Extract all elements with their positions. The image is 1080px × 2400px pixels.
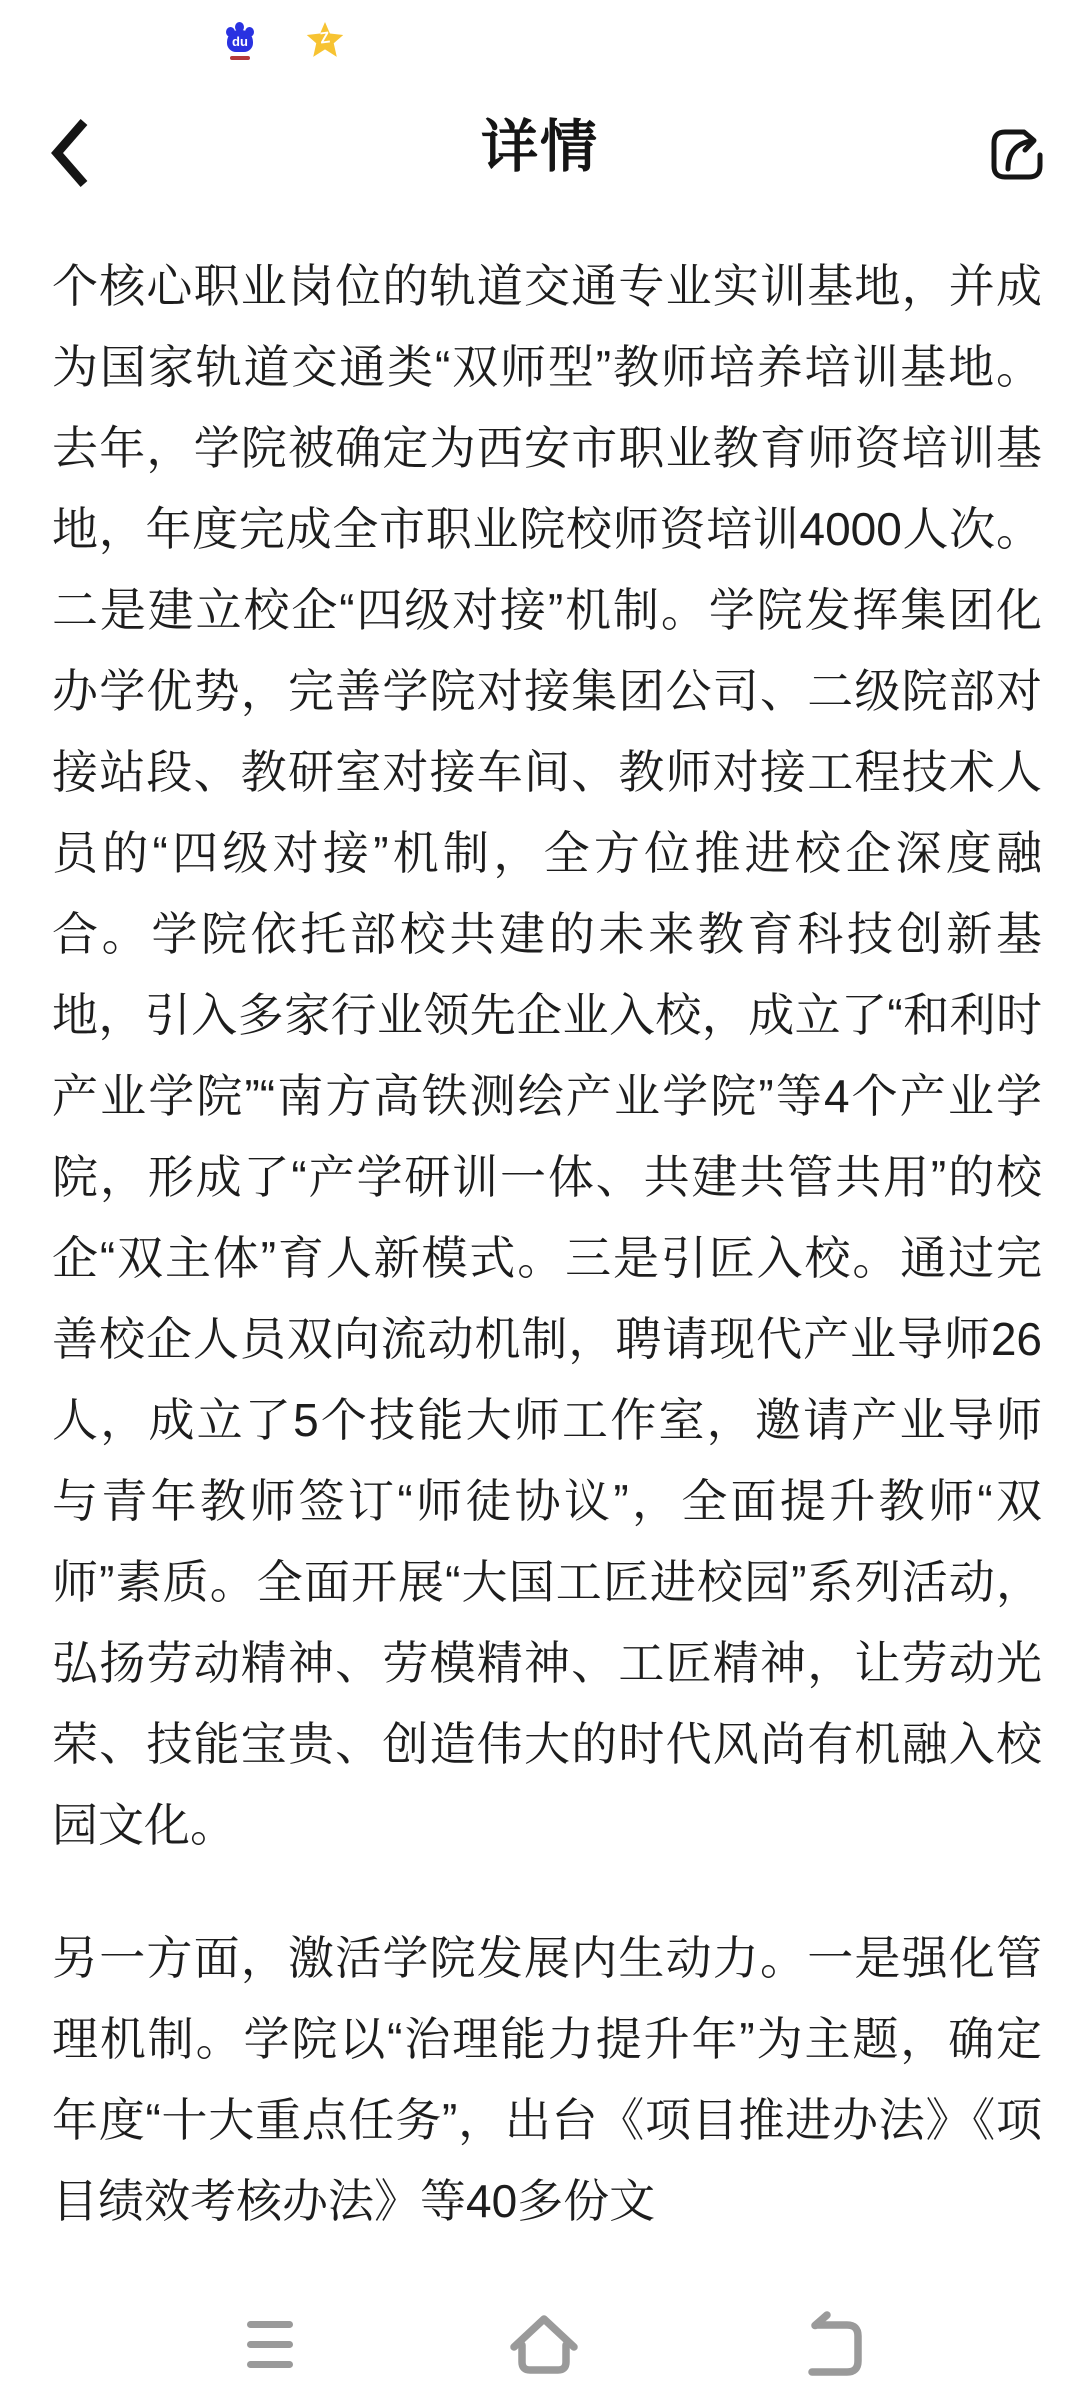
article-paragraph-2: 另一方面，激活学院发展内生动力。一是强化管理机制。学院以“治理能力提升年”为主题…	[52, 1918, 1042, 2242]
article-paragraph-1: 个核心职业岗位的轨道交通专业实训基地，并成为国家轨道交通类“双师型”教师培养培训…	[52, 246, 1042, 1866]
baidu-paw-pad: du	[227, 30, 253, 52]
app-screen: du Z 详情 个核心职业岗位的轨道交通专业实训基地，并成为国家轨道交通类“双师…	[0, 0, 1080, 2400]
bottom-nav-bar	[0, 2285, 1080, 2400]
nav-home-button[interactable]	[499, 2299, 589, 2389]
nav-back-button[interactable]	[787, 2299, 877, 2389]
share-button[interactable]	[972, 104, 1062, 204]
qzone-star-notification-icon: Z	[306, 22, 344, 58]
nav-menu-button[interactable]	[225, 2299, 315, 2389]
star-z-label: Z	[305, 28, 345, 49]
return-arrow-icon	[799, 2311, 865, 2377]
baidu-app-notification-icon: du	[226, 22, 254, 60]
header-bar: 详情	[0, 90, 1080, 220]
status-bar: du Z	[0, 0, 1080, 90]
baidu-du-label: du	[232, 35, 248, 48]
menu-icon	[247, 2321, 293, 2368]
baidu-underline	[230, 56, 250, 60]
home-icon	[506, 2311, 582, 2377]
page-title: 详情	[0, 112, 1080, 182]
share-export-icon	[984, 121, 1050, 187]
article-body: 个核心职业岗位的轨道交通专业实训基地，并成为国家轨道交通类“双师型”教师培养培训…	[52, 246, 1042, 2242]
